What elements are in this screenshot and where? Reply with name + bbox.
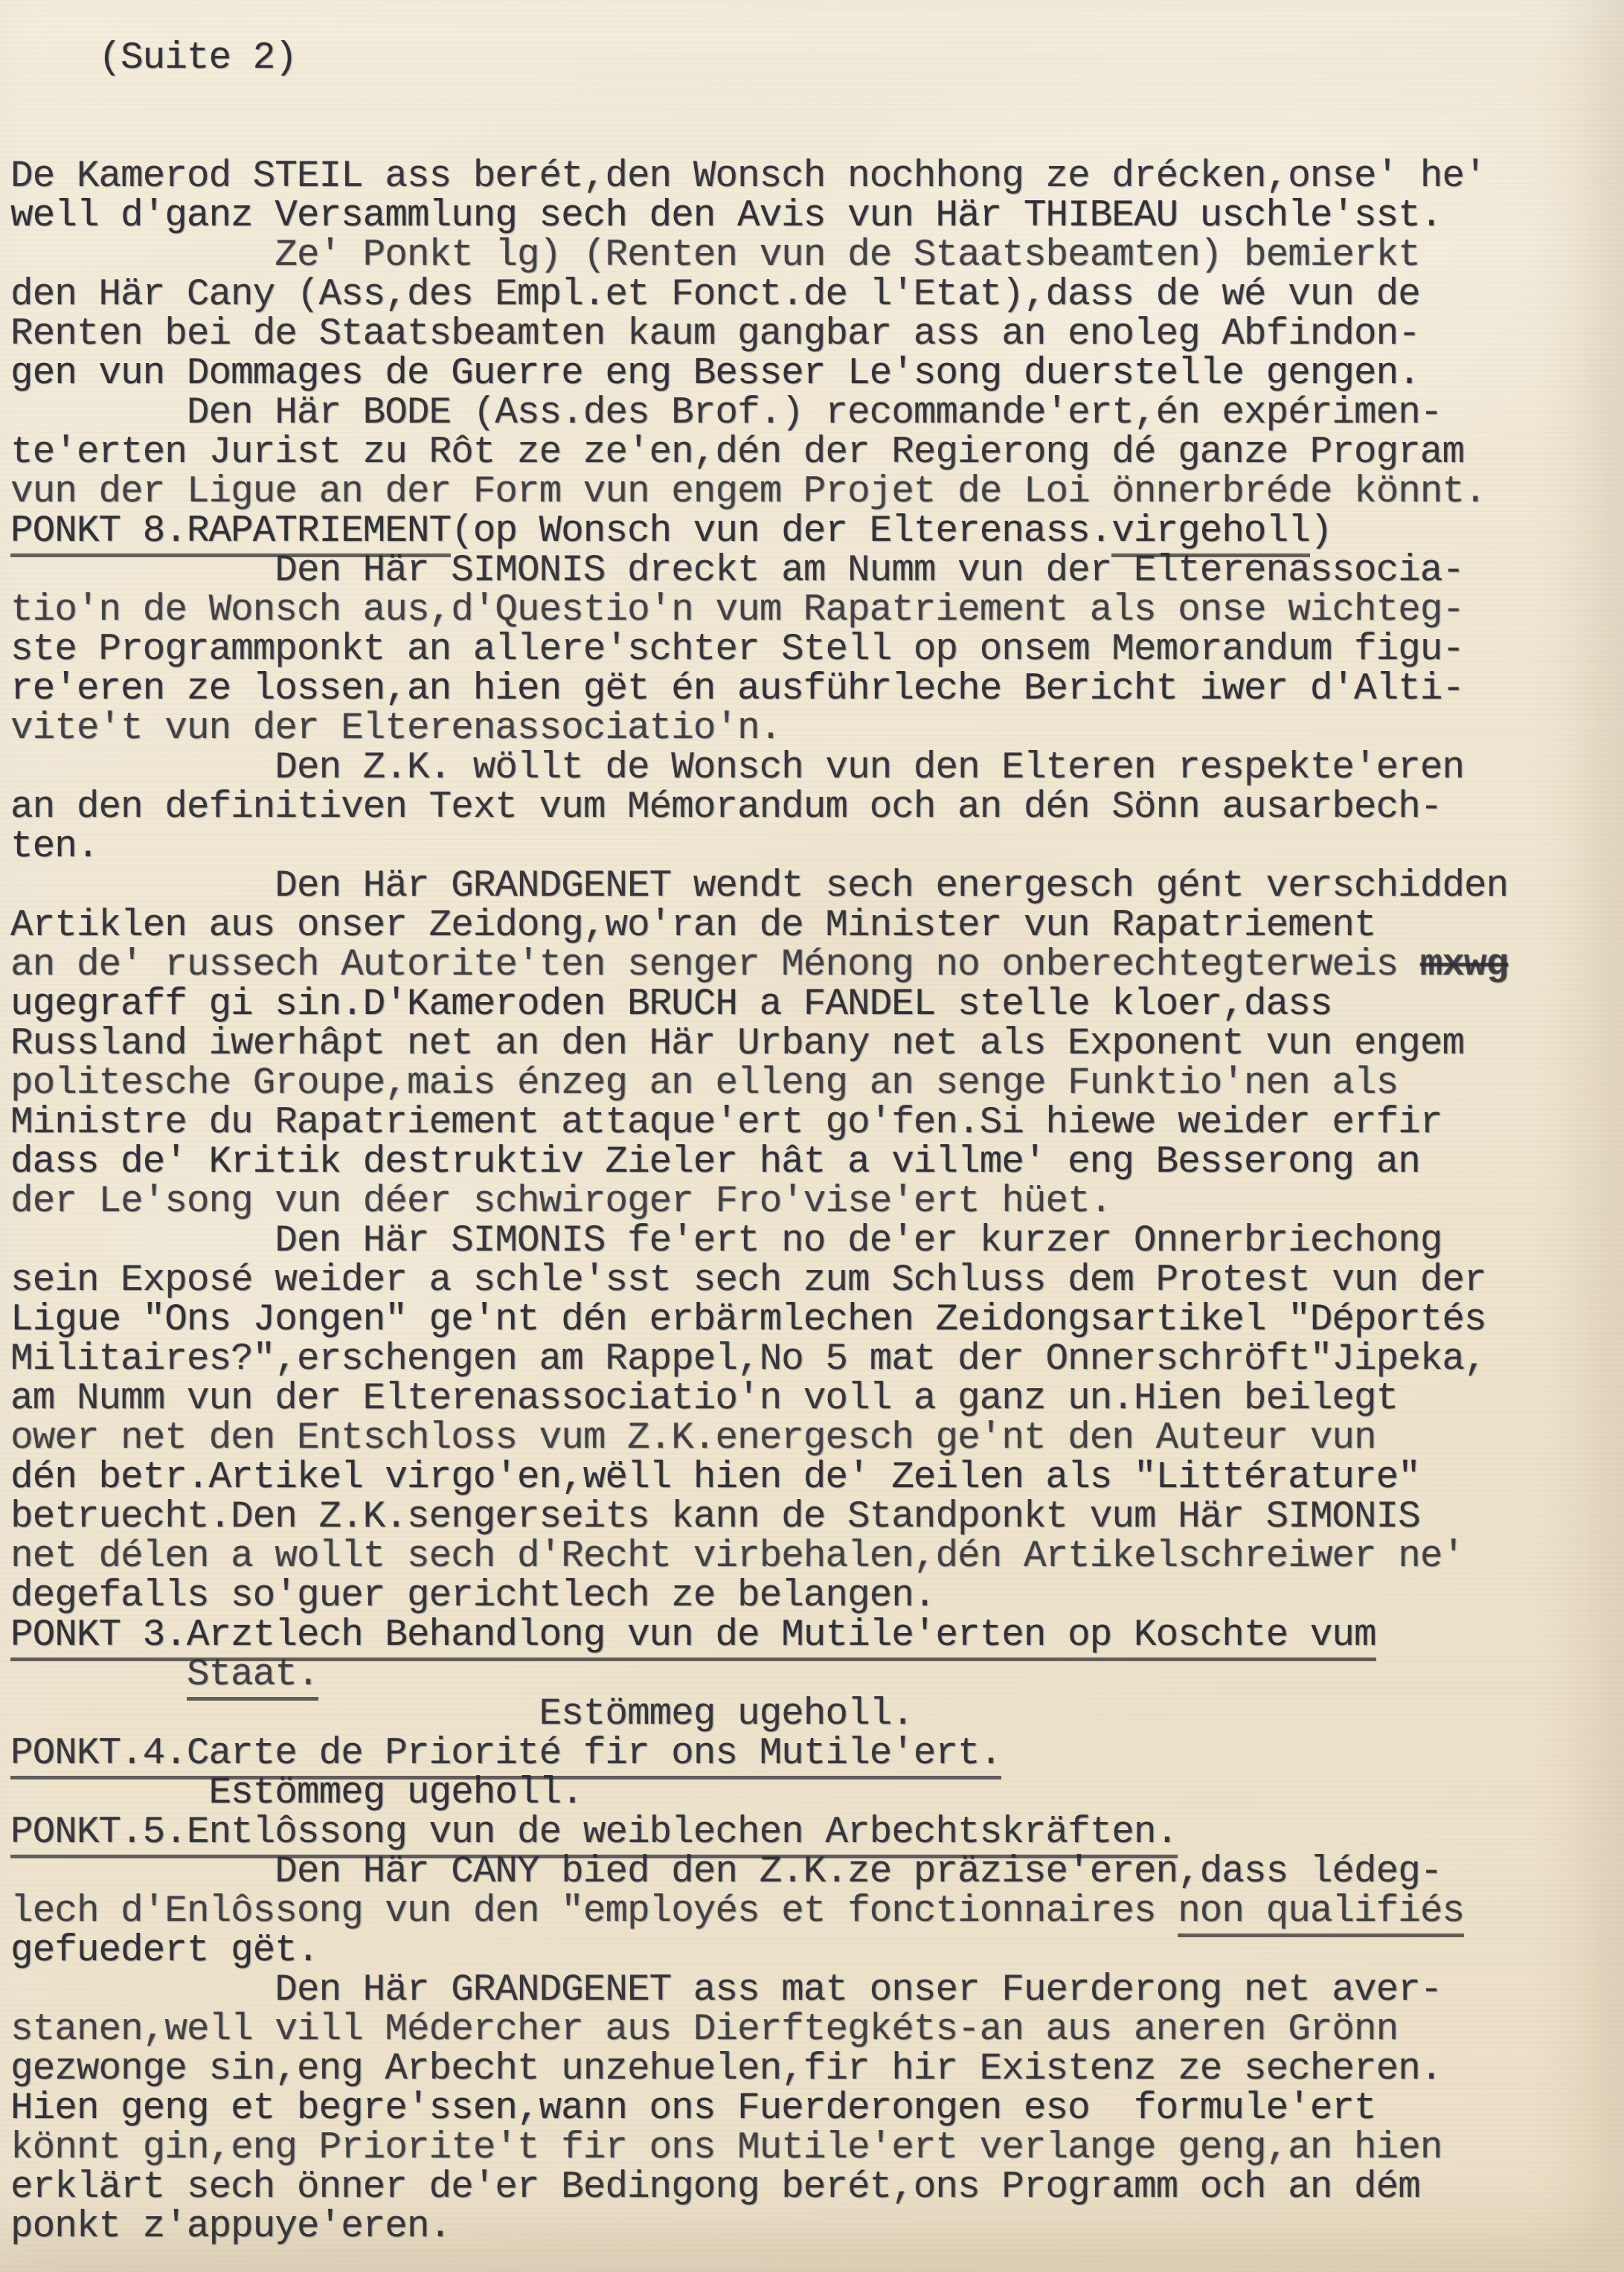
document-line xyxy=(10,78,1618,118)
text-segment: Ligue "Ons Jongen" ge'nt dén erbärmleche… xyxy=(10,1299,1486,1341)
document-line: Den Här SIMONIS dreckt am Numm vun der E… xyxy=(10,551,1618,591)
document-line: Den Här SIMONIS fe'ert no de'er kurzer O… xyxy=(10,1222,1618,1261)
text-segment: Russland iwerhâpt net an den Här Urbany … xyxy=(10,1023,1464,1065)
document-line: sein Exposé weider a schle'sst sech zum … xyxy=(10,1261,1618,1300)
document-line: erklärt sech önner de'er Bedingong berét… xyxy=(10,2168,1618,2207)
document-line: Hien geng et begre'ssen,wann ons Fuerder… xyxy=(10,2089,1618,2128)
document-line xyxy=(10,118,1618,157)
document-line: ste Programmponkt an allere'schter Stell… xyxy=(10,630,1618,670)
document-line: am Numm vun der Elterenassociatio'n voll… xyxy=(10,1379,1618,1419)
struck-text-segment: mxwg xyxy=(1420,944,1508,986)
document-line: net délen a wollt sech d'Recht virbehale… xyxy=(10,1537,1618,1576)
document-line: gen vun Dommages de Guerre eng Besser Le… xyxy=(10,354,1618,394)
document-line: Artiklen aus onser Zeidong,wo'ran de Min… xyxy=(10,906,1618,946)
text-segment: net délen a wollt sech d'Recht virbehale… xyxy=(10,1535,1464,1578)
document-line: vun der Ligue an der Form vun engem Proj… xyxy=(10,472,1618,512)
text-segment: Den Här CANY bied den Z.K.ze präzise'ere… xyxy=(10,1851,1442,1893)
text-segment: am Numm vun der Elterenassociatio'n voll… xyxy=(10,1378,1398,1420)
text-segment: Artiklen aus onser Zeidong,wo'ran de Min… xyxy=(10,905,1376,947)
text-segment: Renten bei de Staatsbeamten kaum gangbar… xyxy=(10,313,1420,356)
text-segment: Den Här SIMONIS dreckt am Numm vun der E… xyxy=(10,550,1464,592)
text-segment: der Le'song vun déer schwiroger Fro'vise… xyxy=(10,1181,1111,1223)
text-segment: re'eren ze lossen,an hien gët én ausführ… xyxy=(10,668,1464,710)
document-line: Ze' Ponkt lg) (Renten vun de Staatsbeamt… xyxy=(10,236,1618,275)
text-segment: könnt gin,eng Priorite't fir ons Mutile'… xyxy=(10,2127,1442,2169)
document-line: Den Här GRANDGENET ass mat onser Fuerder… xyxy=(10,1971,1618,2010)
text-segment: vun der Ligue an der Form vun engem Proj… xyxy=(10,471,1486,513)
document-line: an den definitiven Text vum Mémorandum o… xyxy=(10,788,1618,827)
text-segment: Militaires?",erschengen am Rappel,No 5 m… xyxy=(10,1338,1486,1381)
text-segment: tio'n de Wonsch aus,d'Questio'n vum Rapa… xyxy=(10,589,1464,632)
document-line: Ministre du Rapatriement attaque'ert go'… xyxy=(10,1103,1618,1143)
text-segment: betruecht.Den Z.K.sengerseits kann de St… xyxy=(10,1496,1420,1538)
document-line: ugegraff gi sin.D'Kameroden BRUCH a FAND… xyxy=(10,985,1618,1024)
text-segment: Den Z.K. wöllt de Wonsch vun den Elteren… xyxy=(10,747,1464,789)
document-line: Militaires?",erschengen am Rappel,No 5 m… xyxy=(10,1340,1618,1379)
document-line: well d'ganz Versammlung sech den Avis vu… xyxy=(10,196,1618,236)
document-line: tio'n de Wonsch aus,d'Questio'n vum Rapa… xyxy=(10,591,1618,630)
text-segment: Ze' Ponkt lg) (Renten vun de Staatsbeamt… xyxy=(10,234,1420,277)
document-line: dén betr.Artikel virgo'en,wëll hien de' … xyxy=(10,1458,1618,1498)
document-line: ponkt z'appuye'eren. xyxy=(10,2207,1618,2247)
text-segment: sein Exposé weider a schle'sst sech zum … xyxy=(10,1259,1486,1302)
text-segment: politesche Groupe,mais énzeg an elleng a… xyxy=(10,1062,1398,1105)
text-segment: De Kamerod STEIL ass berét,den Wonsch no… xyxy=(10,155,1486,198)
text-segment: Den Här GRANDGENET ass mat onser Fuerder… xyxy=(10,1969,1442,2012)
document-line: te'erten Jurist zu Rôt ze ze'en,dén der … xyxy=(10,433,1618,472)
document-line: De Kamerod STEIL ass berét,den Wonsch no… xyxy=(10,157,1618,196)
text-segment: Den Här BODE (Ass.des Brof.) recommande'… xyxy=(10,392,1442,434)
document-line: PONKT.5.Entlôssong vun de weiblechen Arb… xyxy=(10,1813,1618,1852)
text-segment: Hien geng et begre'ssen,wann ons Fuerder… xyxy=(10,2088,1376,2130)
text-segment: ) xyxy=(1310,510,1332,553)
text-segment: Den Här SIMONIS fe'ert no de'er kurzer O… xyxy=(10,1220,1442,1262)
text-segment: ste Programmponkt an allere'schter Stell… xyxy=(10,629,1464,671)
text-segment: erklärt sech önner de'er Bedingong berét… xyxy=(10,2166,1420,2209)
text-segment: degefalls so'guer gerichtlech ze belange… xyxy=(10,1575,935,1617)
document-line: Den Här GRANDGENET wendt sech energesch … xyxy=(10,867,1618,906)
document-line: ower net den Entschloss vum Z.K.energesc… xyxy=(10,1419,1618,1458)
text-segment: gezwonge sin,eng Arbecht unzehuelen,fir … xyxy=(10,2048,1442,2090)
document-line: gezwonge sin,eng Arbecht unzehuelen,fir … xyxy=(10,2050,1618,2089)
document-line: Ligue "Ons Jongen" ge'nt dén erbärmleche… xyxy=(10,1300,1618,1340)
text-segment: (op Wonsch vun der Elterenass. xyxy=(451,510,1111,553)
document-line: Renten bei de Staatsbeamten kaum gangbar… xyxy=(10,315,1618,354)
document-line: PONKT.4.Carte de Priorité fir ons Mutile… xyxy=(10,1734,1618,1774)
text-segment: dén betr.Artikel virgo'en,wëll hien de' … xyxy=(10,1457,1420,1499)
text-segment: ower net den Entschloss vum Z.K.energesc… xyxy=(10,1417,1376,1460)
document-line: Den Här CANY bied den Z.K.ze präzise'ere… xyxy=(10,1852,1618,1892)
text-segment: ponkt z'appuye'eren. xyxy=(10,2206,451,2248)
text-segment: te'erten Jurist zu Rôt ze ze'en,dén der … xyxy=(10,431,1464,474)
text-segment: Estömmeg ugeholl. xyxy=(10,1693,914,1736)
document-line: (Suite 2) xyxy=(10,39,1618,78)
text-segment: ugegraff gi sin.D'Kameroden BRUCH a FAND… xyxy=(10,983,1332,1026)
document-line: politesche Groupe,mais énzeg an elleng a… xyxy=(10,1064,1618,1103)
text-segment: well d'ganz Versammlung sech den Avis vu… xyxy=(10,195,1442,237)
document-line: stanen,well vill Médercher aus Dierftegk… xyxy=(10,2010,1618,2050)
text-segment: lech d'Enlôssong vun den "employés et fo… xyxy=(10,1890,1178,1933)
document-line: PONKT 8.RAPATRIEMENT(op Wonsch vun der E… xyxy=(10,512,1618,551)
document-text: (Suite 2) De Kamerod STEIL ass berét,den… xyxy=(10,39,1618,2247)
text-segment: an de' russech Autorite'ten senger Ménon… xyxy=(10,944,1420,986)
document-line: dass de' Kritik destruktiv Zieler hât a … xyxy=(10,1143,1618,1182)
text-segment: Estömmeg ugeholl. xyxy=(10,1772,583,1814)
document-line: Estömmeg ugeholl. xyxy=(10,1695,1618,1734)
document-line: lech d'Enlôssong vun den "employés et fo… xyxy=(10,1892,1618,1931)
text-segment xyxy=(10,1654,187,1696)
text-segment: stanen,well vill Médercher aus Dierftegk… xyxy=(10,2009,1398,2051)
text-segment: Ministre du Rapatriement attaque'ert go'… xyxy=(10,1102,1442,1144)
text-segment: ten. xyxy=(10,826,98,868)
text-segment: vite't vun der Elterenassociatio'n. xyxy=(10,707,781,750)
document-line: könnt gin,eng Priorite't fir ons Mutile'… xyxy=(10,2128,1618,2168)
document-line: Russland iwerhâpt net an den Här Urbany … xyxy=(10,1024,1618,1064)
text-segment: Den Här GRANDGENET wendt sech energesch … xyxy=(10,865,1508,908)
text-segment: gefuedert gët. xyxy=(10,1930,318,1972)
document-line: Den Här BODE (Ass.des Brof.) recommande'… xyxy=(10,394,1618,433)
document-line: den Här Cany (Ass,des Empl.et Fonct.de l… xyxy=(10,275,1618,315)
document-line: ten. xyxy=(10,827,1618,867)
underlined-text-segment: non qualifiés xyxy=(1178,1890,1464,1937)
text-segment: gen vun Dommages de Guerre eng Besser Le… xyxy=(10,353,1420,395)
document-line: an de' russech Autorite'ten senger Ménon… xyxy=(10,946,1618,985)
document-line: PONKT 3.Arztlech Behandlong vun de Mutil… xyxy=(10,1616,1618,1655)
document-line: Den Z.K. wöllt de Wonsch vun den Elteren… xyxy=(10,748,1618,788)
document-line: vite't vun der Elterenassociatio'n. xyxy=(10,709,1618,748)
document-line: betruecht.Den Z.K.sengerseits kann de St… xyxy=(10,1498,1618,1537)
document-page: (Suite 2) De Kamerod STEIL ass berét,den… xyxy=(0,0,1624,2272)
text-segment: den Här Cany (Ass,des Empl.et Fonct.de l… xyxy=(10,274,1420,316)
document-line: der Le'song vun déer schwiroger Fro'vise… xyxy=(10,1182,1618,1222)
document-line: re'eren ze lossen,an hien gët én ausführ… xyxy=(10,670,1618,709)
document-line: degefalls so'guer gerichtlech ze belange… xyxy=(10,1576,1618,1616)
text-segment: dass de' Kritik destruktiv Zieler hât a … xyxy=(10,1141,1420,1184)
text-segment: an den definitiven Text vum Mémorandum o… xyxy=(10,786,1442,829)
text-segment: (Suite 2) xyxy=(10,37,297,80)
